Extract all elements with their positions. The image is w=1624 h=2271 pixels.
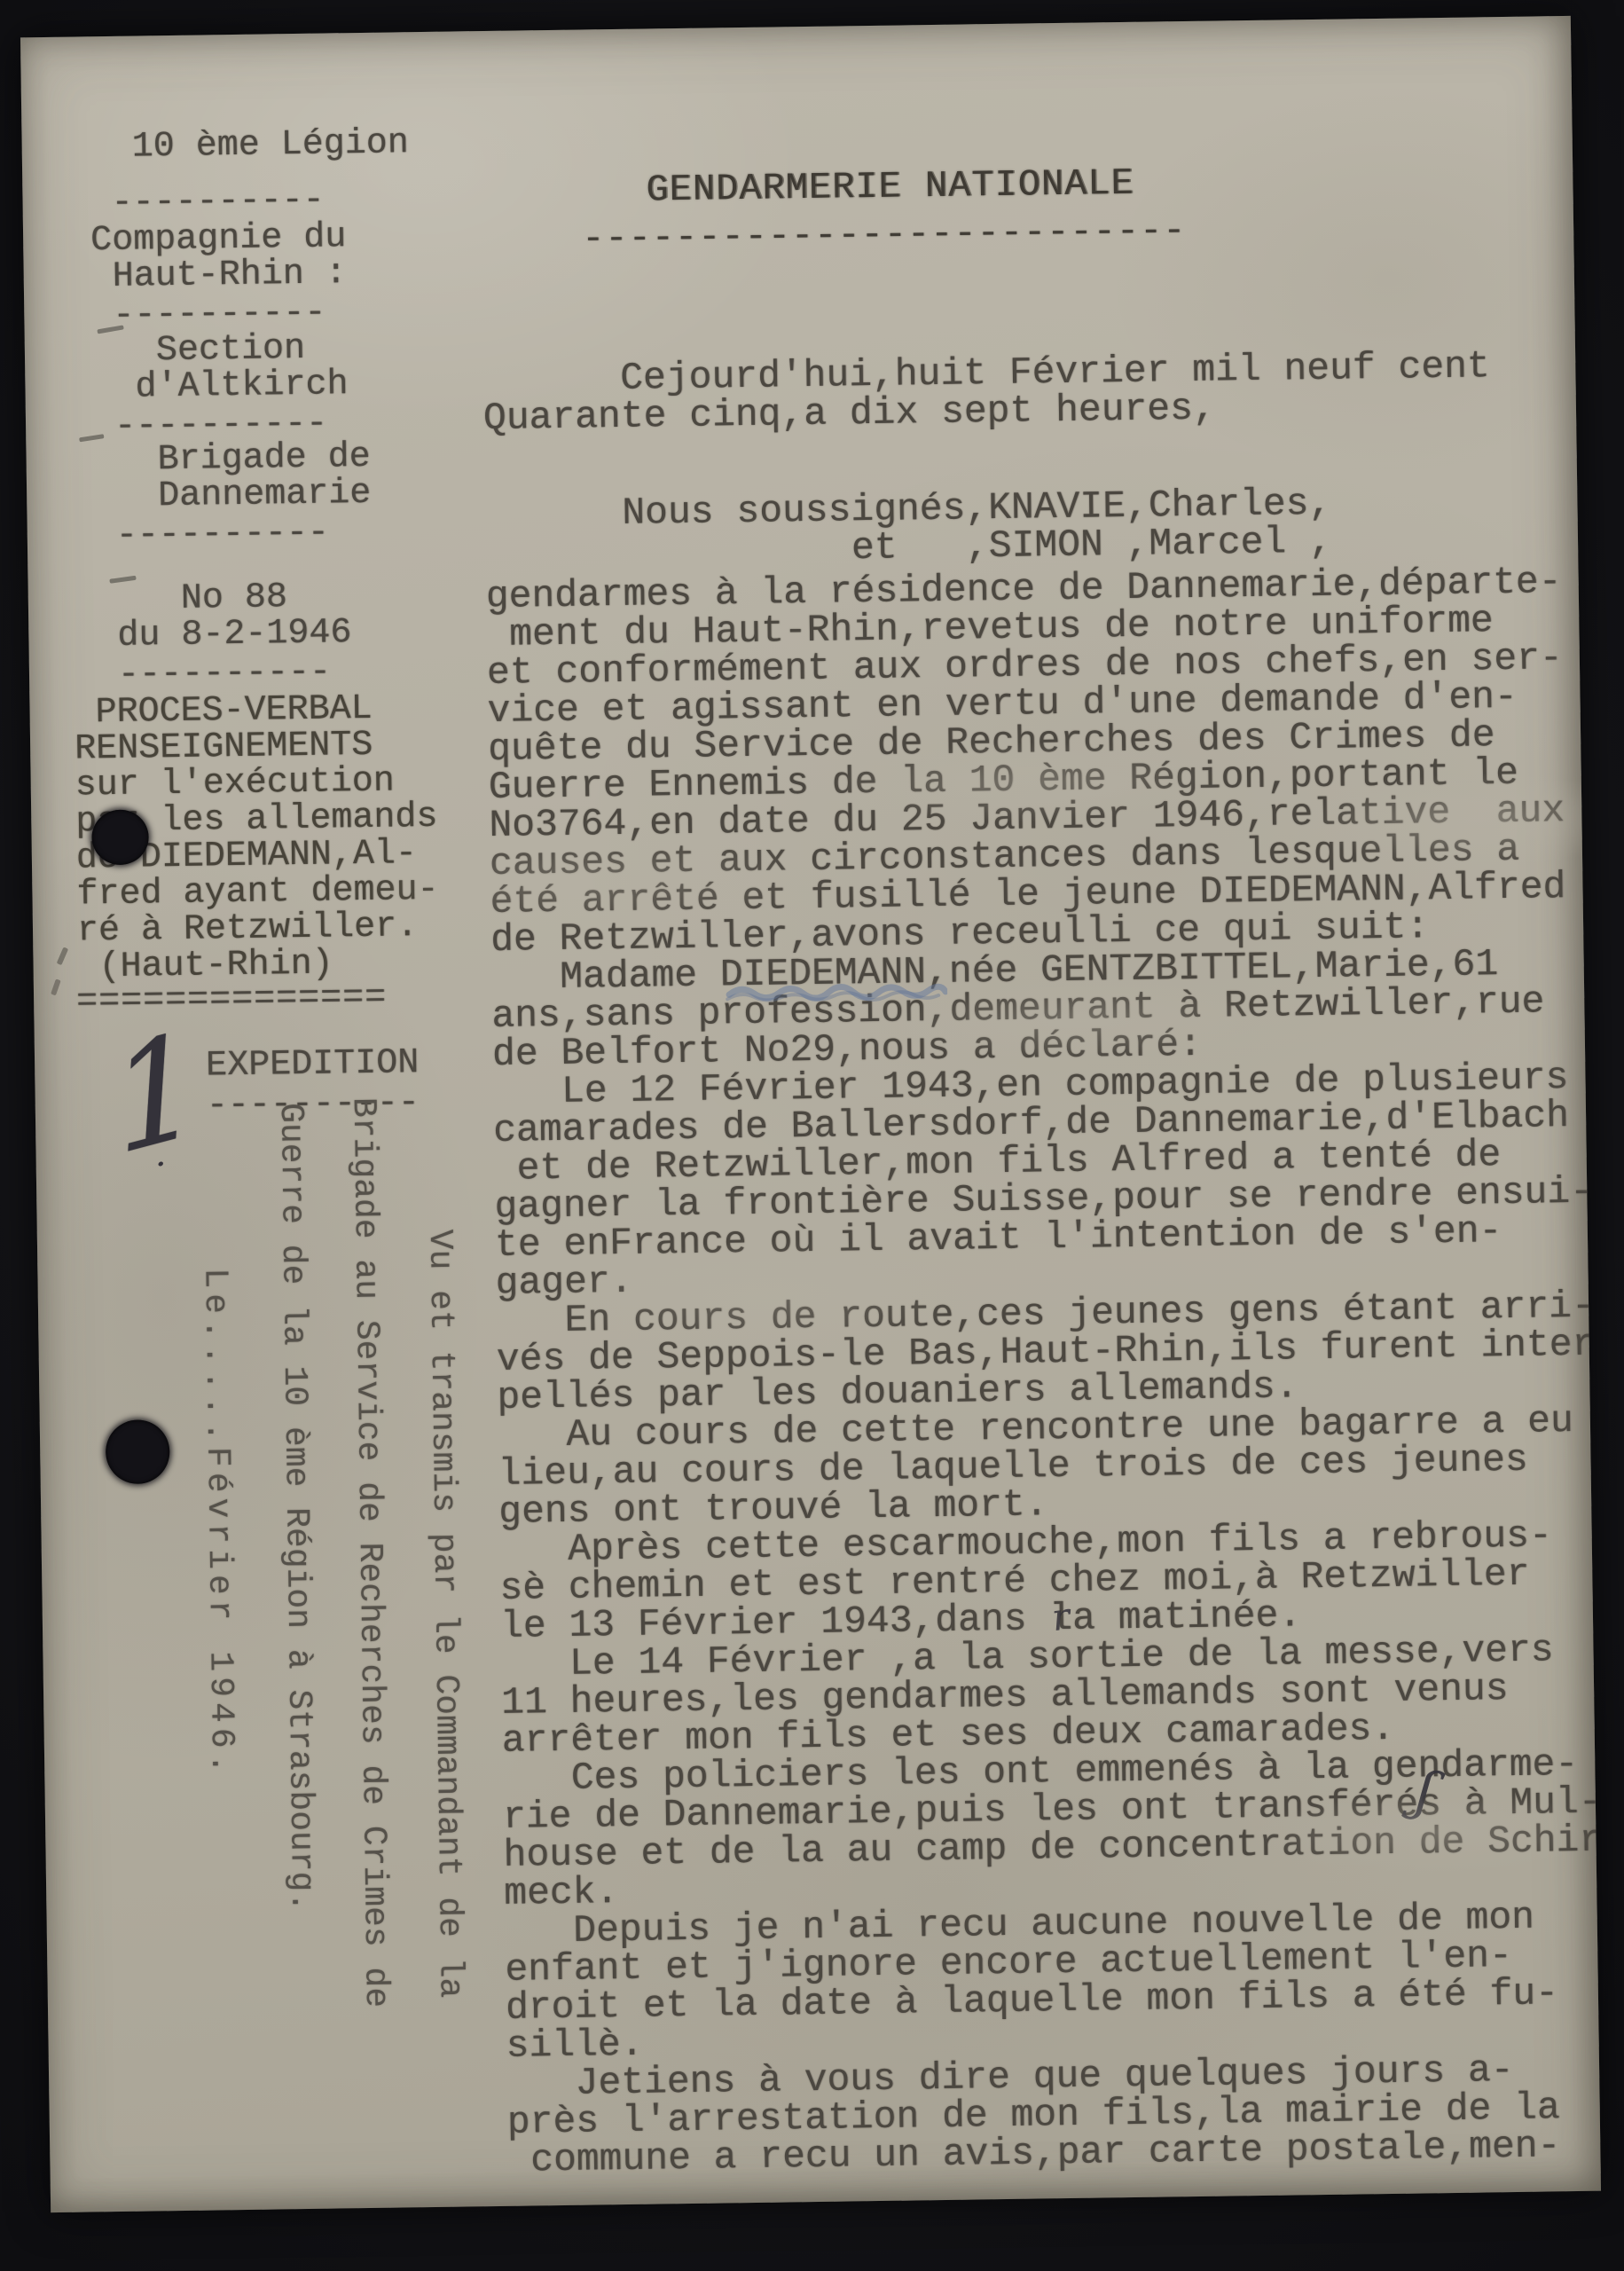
handwritten-copy-number: 1 [105, 1016, 207, 1172]
punch-hole-bottom [106, 1419, 170, 1484]
document-photo: GENDARMERIE NATIONALE ------------------… [0, 0, 1624, 2271]
pencil-underline-diedemann [726, 981, 947, 1005]
transmittal-vertical-line-1: Vu et transmis par le Commandant de la [420, 1230, 469, 1999]
letterhead-section: Section d'Altkirch [92, 330, 349, 406]
body-text: gendarmes à la résidence de Dannemarie,d… [486, 562, 1602, 2180]
letterhead-legion: 10 ème Légion [89, 125, 409, 166]
expedition-label: EXPEDITION [206, 1045, 420, 1084]
pencil-tick [57, 947, 68, 965]
transmittal-vertical-line-2: Brigade au Service de Recherches de Crim… [344, 1097, 395, 2008]
transmittal-vertical-line-3: Guerre de la 10 ème Région à Strasbourg. [271, 1103, 321, 1913]
letterhead-divider: ---------- [95, 515, 330, 555]
document-number: No 88 du 8-2-1946 [96, 578, 352, 655]
letterhead-divider: ---------- [97, 655, 332, 695]
letterhead-brigade: Brigade de Dannemarie [93, 439, 371, 515]
expedition-underline: ---------- [207, 1085, 420, 1124]
letterhead-compagnie: Compagnie du Haut-Rhin : [90, 219, 347, 295]
transmittal-vertical-line-4: Le.....Février 1946. [195, 1268, 240, 1780]
double-rule: ============== [76, 980, 388, 1021]
title-underline: -------------------------- [582, 209, 1187, 261]
body-officers-paragraph: Nous soussignés,KNAVIE,Charles, et ,SIMO… [484, 484, 1332, 572]
body-date-paragraph: Cejourd'hui,huit Février mil neuf cent Q… [482, 347, 1490, 437]
document-title: GENDARMERIE NATIONALE [646, 162, 1134, 212]
paper-sheet: GENDARMERIE NATIONALE ------------------… [20, 16, 1601, 2212]
letterhead-divider: ---------- [90, 183, 325, 223]
pencil-tick [51, 978, 61, 995]
